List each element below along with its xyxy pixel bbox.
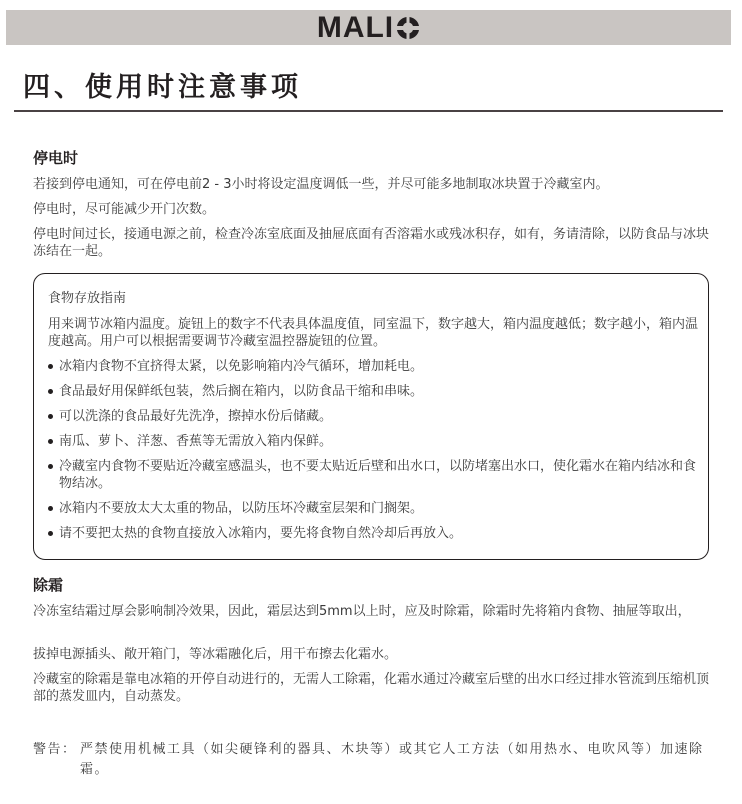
food-guide-intro: 用来调节冰箱内温度。旋钮上的数字不代表具体温度值，同室温下，数字越大，箱内温度越… bbox=[48, 316, 698, 350]
bullet-text: 冰箱内食物不宜挤得太紧，以免影响箱内冷气循环，增加耗电。 bbox=[59, 359, 423, 374]
bullet-text: 可以洗涤的食品最好先洗净，擦掉水份后储藏。 bbox=[59, 409, 332, 424]
food-guide-bullet: 请不要把太热的食物直接放入冰箱内，要先将食物自然冷却后再放入。 bbox=[47, 525, 702, 542]
food-guide-bullet: 冰箱内食物不宜挤得太紧，以免影响箱内冷气循环，增加耗电。 bbox=[47, 358, 702, 375]
bullet-text: 南瓜、萝卜、洋葱、香蕉等无需放入箱内保鲜。 bbox=[59, 434, 332, 449]
food-guide-bullet: 冰箱内不要放太大太重的物品，以防压坏冷藏室层架和门搁架。 bbox=[47, 500, 702, 517]
defrost-paragraph: 拔掉电源插头、敞开箱门，等冰霜融化后，用干布擦去化霜水。 bbox=[33, 646, 713, 663]
brand-logo-text: MALI bbox=[317, 13, 394, 43]
defrost-paragraph: 冷藏室的除霜是靠电冰箱的开停自动进行的，无需人工除霜，化霜水通过冷藏室后壁的出水… bbox=[33, 671, 713, 705]
bullet-dot-icon bbox=[48, 414, 53, 419]
defrost-warning: 警告： 严禁使用机械工具（如尖硬锋利的器具、木块等）或其它人工方法（如用热水、电… bbox=[33, 740, 723, 780]
food-guide-bullet: 冷藏室内食物不要贴近冷藏室感温头，也不要太贴近后壁和出水口，以防堵塞出水口，使化… bbox=[47, 458, 702, 492]
bullet-dot-icon bbox=[48, 439, 53, 444]
title-divider bbox=[14, 110, 723, 112]
bullet-dot-icon bbox=[48, 389, 53, 394]
power-outage-paragraph: 停电时，尽可能减少开门次数。 bbox=[33, 201, 713, 218]
bullet-text: 请不要把太热的食物直接放入冰箱内，要先将食物自然冷却后再放入。 bbox=[59, 526, 462, 541]
bullet-dot-icon bbox=[48, 531, 53, 536]
defrost-paragraph: 冷冻室结霜过厚会影响制冷效果，因此，霜层达到5mm以上时，应及时除霜，除霜时先将… bbox=[33, 603, 713, 620]
bullet-text: 冰箱内不要放太大太重的物品，以防压坏冷藏室层架和门搁架。 bbox=[59, 501, 423, 516]
bullet-text: 冷藏室内食物不要贴近冷藏室感温头，也不要太贴近后壁和出水口，以防堵塞出水口，使化… bbox=[59, 459, 696, 491]
bullet-dot-icon bbox=[48, 506, 53, 511]
food-guide-bullet: 南瓜、萝卜、洋葱、香蕉等无需放入箱内保鲜。 bbox=[47, 433, 702, 450]
warning-text: 严禁使用机械工具（如尖硬锋利的器具、木块等）或其它人工方法（如用热水、电吹风等）… bbox=[80, 740, 723, 780]
food-guide-heading: 食物存放指南 bbox=[48, 290, 698, 307]
food-guide-bullet: 可以洗涤的食品最好先洗净，擦掉水份后储藏。 bbox=[47, 408, 702, 425]
power-outage-paragraph: 若接到停电通知，可在停电前2 - 3小时将设定温度调低一些，并尽可能多地制取冰块… bbox=[33, 176, 713, 193]
brand-logo: MALI bbox=[317, 13, 420, 43]
brand-logo-o-icon bbox=[396, 16, 420, 40]
bullet-text: 食品最好用保鲜纸包装，然后搁在箱内，以防食品干缩和串味。 bbox=[59, 384, 423, 399]
bullet-dot-icon bbox=[48, 464, 53, 469]
section-heading-power-outage: 停电时 bbox=[33, 149, 78, 167]
food-guide-bullet: 食品最好用保鲜纸包装，然后搁在箱内，以防食品干缩和串味。 bbox=[47, 383, 702, 400]
page-title: 四、使用时注意事项 bbox=[23, 71, 302, 105]
power-outage-paragraph: 停电时间过长，接通电源之前，检查冷冻室底面及抽屉底面有否溶霜水或残冰积存，如有，… bbox=[33, 226, 713, 260]
section-heading-defrost: 除霜 bbox=[33, 576, 63, 594]
bullet-dot-icon bbox=[48, 364, 53, 369]
brand-header-bar: MALI bbox=[6, 10, 731, 45]
warning-label: 警告： bbox=[33, 740, 80, 780]
food-storage-guide-box: 食物存放指南 用来调节冰箱内温度。旋钮上的数字不代表具体温度值，同室温下，数字越… bbox=[33, 273, 709, 560]
